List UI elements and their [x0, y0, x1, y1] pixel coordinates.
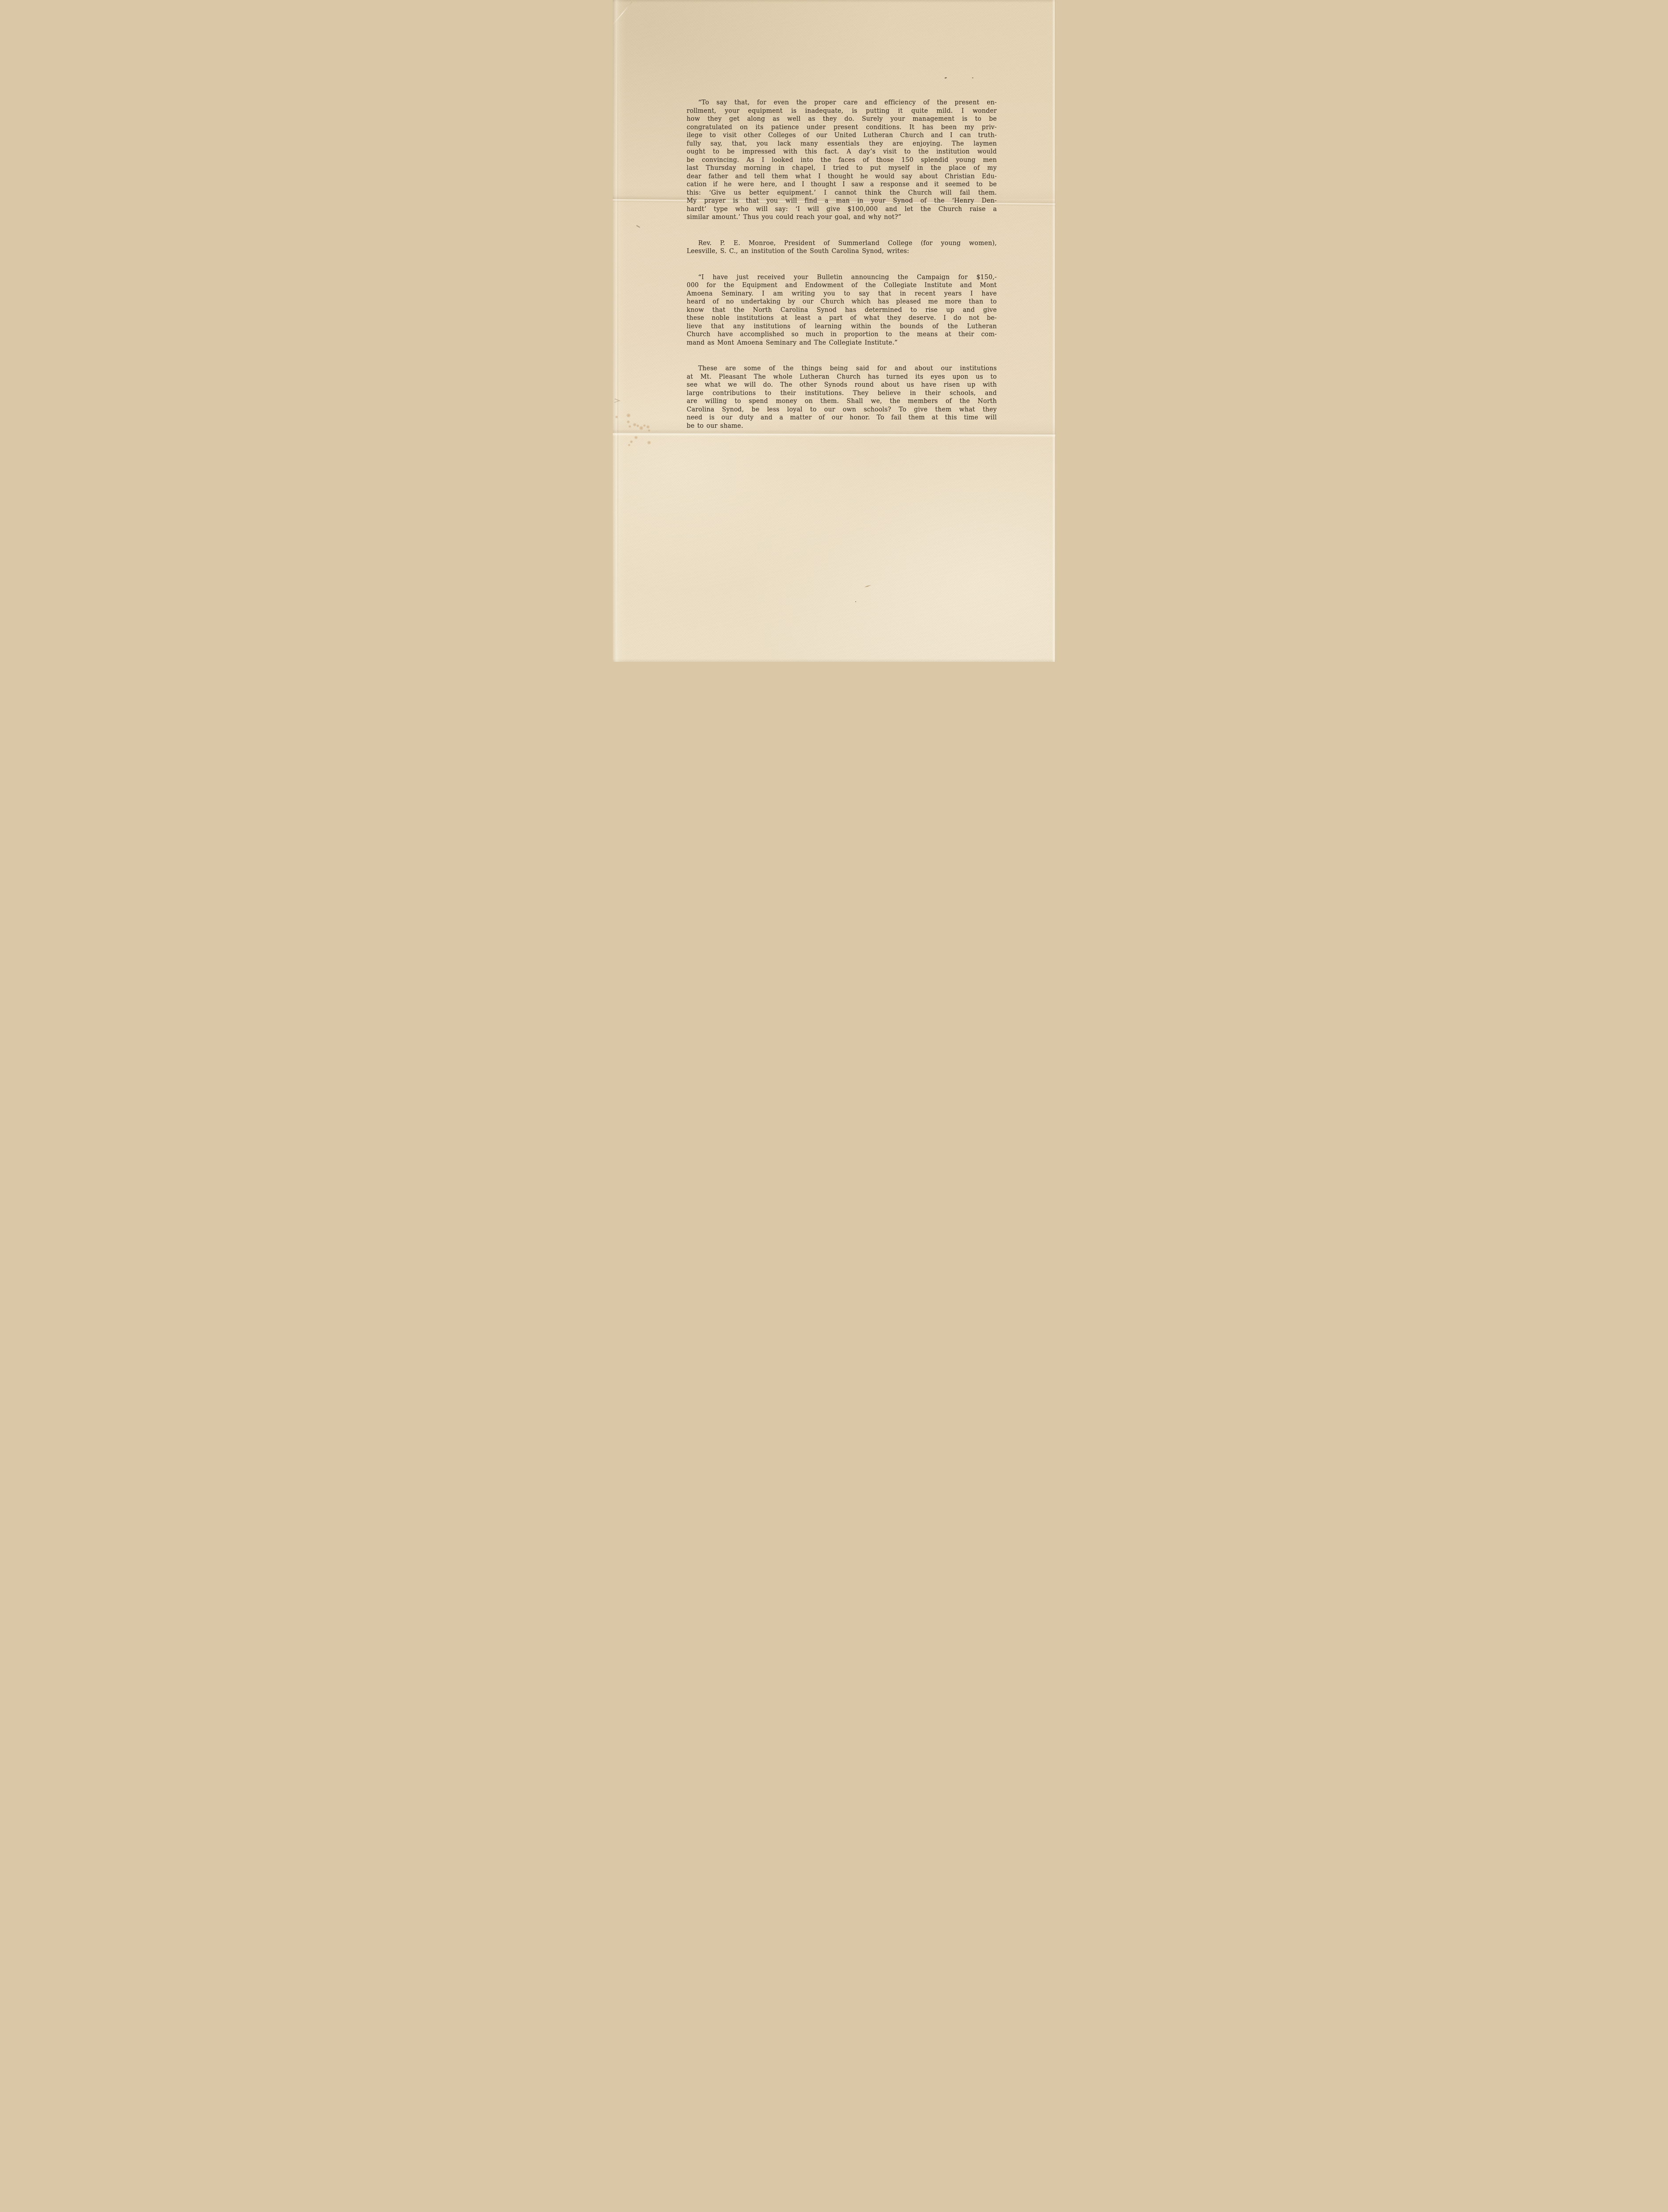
crease-slash-mark — [864, 585, 871, 588]
text-line: hardt’ type who will say: ‘I will give $… — [687, 205, 997, 214]
text-line: Church have accomplished so much in prop… — [687, 330, 997, 339]
text-line: cation if he were here, and I thought I … — [687, 180, 997, 189]
text-line: rollment, your equipment is inadequate, … — [687, 107, 997, 115]
text-line: My prayer is that you will find a man in… — [687, 197, 997, 205]
text-line: similar amount.’ Thus you could reach yo… — [687, 213, 997, 222]
text-line: fully say, that, you lack many essential… — [687, 140, 997, 148]
text-line: “I have just received your Bulletin anno… — [687, 273, 997, 282]
ink-speck — [855, 601, 856, 602]
text-line: ilege to visit other Colleges of our Uni… — [687, 131, 997, 140]
stain-spot — [628, 444, 630, 446]
text-line: Amoena Seminary. I am writing you to say… — [687, 290, 997, 298]
stain-spot — [626, 420, 630, 423]
stain-spot — [647, 441, 651, 445]
text-line: these noble institutions at least a part… — [687, 314, 997, 323]
text-line: These are some of the things being said … — [687, 365, 997, 373]
stain-spot — [648, 429, 650, 432]
text-line: last Thursday morning in chapel, I tried… — [687, 164, 997, 173]
text-line: ought to be impressed with this fact. A … — [687, 148, 997, 156]
text-line: are willing to spend money on them. Shal… — [687, 397, 997, 406]
paper-right-edge — [1052, 0, 1055, 662]
text-line: heard of no undertaking by our Church wh… — [687, 298, 997, 306]
text-line: at Mt. Pleasant The whole Lutheran Churc… — [687, 373, 997, 381]
paragraph: “I have just received your Bulletin anno… — [687, 273, 997, 347]
text-line: Leesville, S. C., an institution of the … — [687, 247, 997, 256]
text-line: see what we will do. The other Synods ro… — [687, 381, 997, 389]
paragraph: “To say that, for even the proper care a… — [687, 99, 997, 222]
text-line: mand as Mont Amoena Seminary and The Col… — [687, 339, 997, 347]
letter-body: “To say that, for even the proper care a… — [687, 99, 997, 430]
paper-top-edge — [613, 0, 1055, 3]
stain-spot — [643, 424, 646, 427]
paper-bottom-edge — [613, 659, 1055, 662]
text-line: this: ‘Give us better equipment.’ I cann… — [687, 189, 997, 197]
text-line: Carolina Synod, be less loyal to our own… — [687, 406, 997, 414]
text-line: dear father and tell them what I thought… — [687, 173, 997, 181]
text-line: congratulated on its patience under pres… — [687, 123, 997, 132]
text-line: 000 for the Equipment and Endowment of t… — [687, 281, 997, 290]
text-line: lieve that any institutions of learning … — [687, 323, 997, 331]
letter-page: “To say that, for even the proper care a… — [613, 0, 1055, 662]
text-line: Rev. P. E. Monroe, President of Summerla… — [687, 239, 997, 248]
fiber-mark — [636, 225, 640, 228]
text-line: be to our shame. — [687, 422, 997, 430]
left-edge-crease-line — [618, 0, 618, 662]
text-line: need is our duty and a matter of our hon… — [687, 414, 997, 422]
stain-spot — [634, 436, 638, 439]
ink-speck — [945, 77, 947, 78]
stain-spot — [646, 425, 650, 429]
text-line: “To say that, for even the proper care a… — [687, 99, 997, 107]
ink-speck — [972, 77, 973, 78]
stain-spot — [626, 413, 631, 418]
stain-spot — [615, 415, 618, 419]
paper-left-edge — [613, 0, 626, 662]
stain-spot — [630, 440, 633, 443]
text-line: large contributions to their institution… — [687, 389, 997, 398]
paragraph: Rev. P. E. Monroe, President of Summerla… — [687, 239, 997, 256]
stain-spot — [628, 425, 631, 428]
text-line: be convincing. As I looked into the face… — [687, 156, 997, 165]
text-line: know that the North Carolina Synod has d… — [687, 306, 997, 315]
paragraph: These are some of the things being said … — [687, 365, 997, 430]
text-line: how they get along as well as they do. S… — [687, 115, 997, 123]
